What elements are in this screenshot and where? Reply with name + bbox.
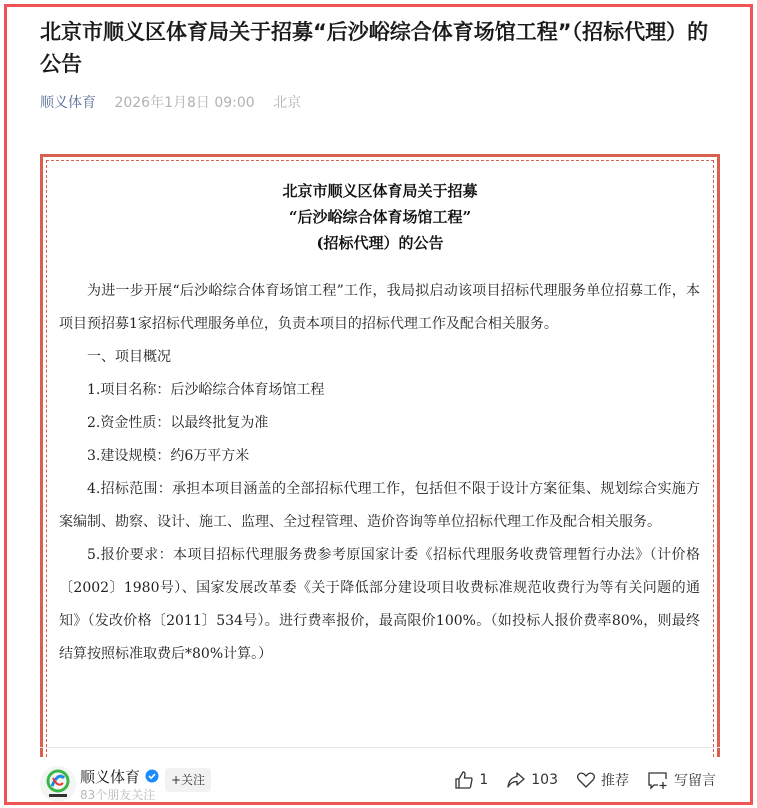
comment-button[interactable]: 写留言 (647, 770, 716, 790)
recommend-label: 推荐 (601, 770, 629, 790)
publish-date: 2026年1月8日 09:00 (114, 95, 254, 111)
notice-box: 北京市顺义区体育局关于招募 “后沙峪综合体育场馆工程” (招标代理）的公告 为进… (40, 154, 720, 757)
project-name: 1.项目名称：后沙峪综合体育场馆工程 (59, 374, 700, 407)
notice-dashed-frame: 北京市顺义区体育局关于招募 “后沙峪综合体育场馆工程” (招标代理）的公告 为进… (46, 160, 714, 757)
recommend-button[interactable]: 推荐 (576, 770, 629, 790)
tender-scope: 4.招标范围：承担本项目涵盖的全部招标代理工作，包括但不限于设计方案征集、规划综… (59, 473, 700, 539)
author-link[interactable]: 顺义体育 (40, 95, 96, 111)
account-avatar[interactable] (40, 766, 76, 802)
verified-icon (145, 769, 159, 783)
heart-icon (576, 770, 596, 790)
share-button[interactable]: 103 (506, 770, 558, 790)
divider (40, 747, 720, 748)
friends-following-count: 83个朋友关注 (80, 786, 155, 803)
notice-heading: 北京市顺义区体育局关于招募 “后沙峪综合体育场馆工程” (招标代理）的公告 (47, 178, 713, 256)
notice-body: 为进一步开展“后沙峪综合体育场馆工程”工作，我局拟启动该项目招标代理服务单位招募… (47, 275, 713, 671)
follow-button[interactable]: +关注 (165, 768, 211, 792)
thumbs-up-icon (454, 770, 474, 790)
like-button[interactable]: 1 (454, 770, 488, 790)
article-meta: 顺义体育 2026年1月8日 09:00 北京 (40, 92, 301, 112)
funding-nature: 2.资金性质：以最终批复为准 (59, 407, 700, 440)
footer-bar: 顺义体育 83个朋友关注 +关注 1 103 推荐 (40, 764, 720, 804)
comment-label: 写留言 (674, 770, 716, 790)
article-title: 北京市顺义区体育局关于招募“后沙峪综合体育场馆工程”（招标代理）的公告 (40, 16, 720, 80)
notice-heading-line: “后沙峪综合体育场馆工程” (47, 204, 713, 230)
quotation-requirements: 5.报价要求：本项目招标代理服务费参考原国家计委《招标代理服务收费管理暂行办法》… (59, 539, 700, 671)
like-count: 1 (479, 772, 488, 788)
notice-heading-line: 北京市顺义区体育局关于招募 (47, 178, 713, 204)
logo-icon (40, 766, 76, 802)
section-heading: 一、项目概况 (59, 341, 700, 374)
share-count: 103 (531, 772, 558, 788)
action-bar: 1 103 推荐 写留言 (436, 770, 716, 790)
construction-scale: 3.建设规模：约6万平方米 (59, 440, 700, 473)
share-icon (506, 770, 526, 790)
notice-heading-line: (招标代理）的公告 (47, 230, 713, 256)
account-name[interactable]: 顺义体育 (80, 766, 140, 787)
publish-location: 北京 (273, 95, 301, 111)
comment-icon (647, 770, 669, 790)
intro-paragraph: 为进一步开展“后沙峪综合体育场馆工程”工作，我局拟启动该项目招标代理服务单位招募… (59, 275, 700, 341)
